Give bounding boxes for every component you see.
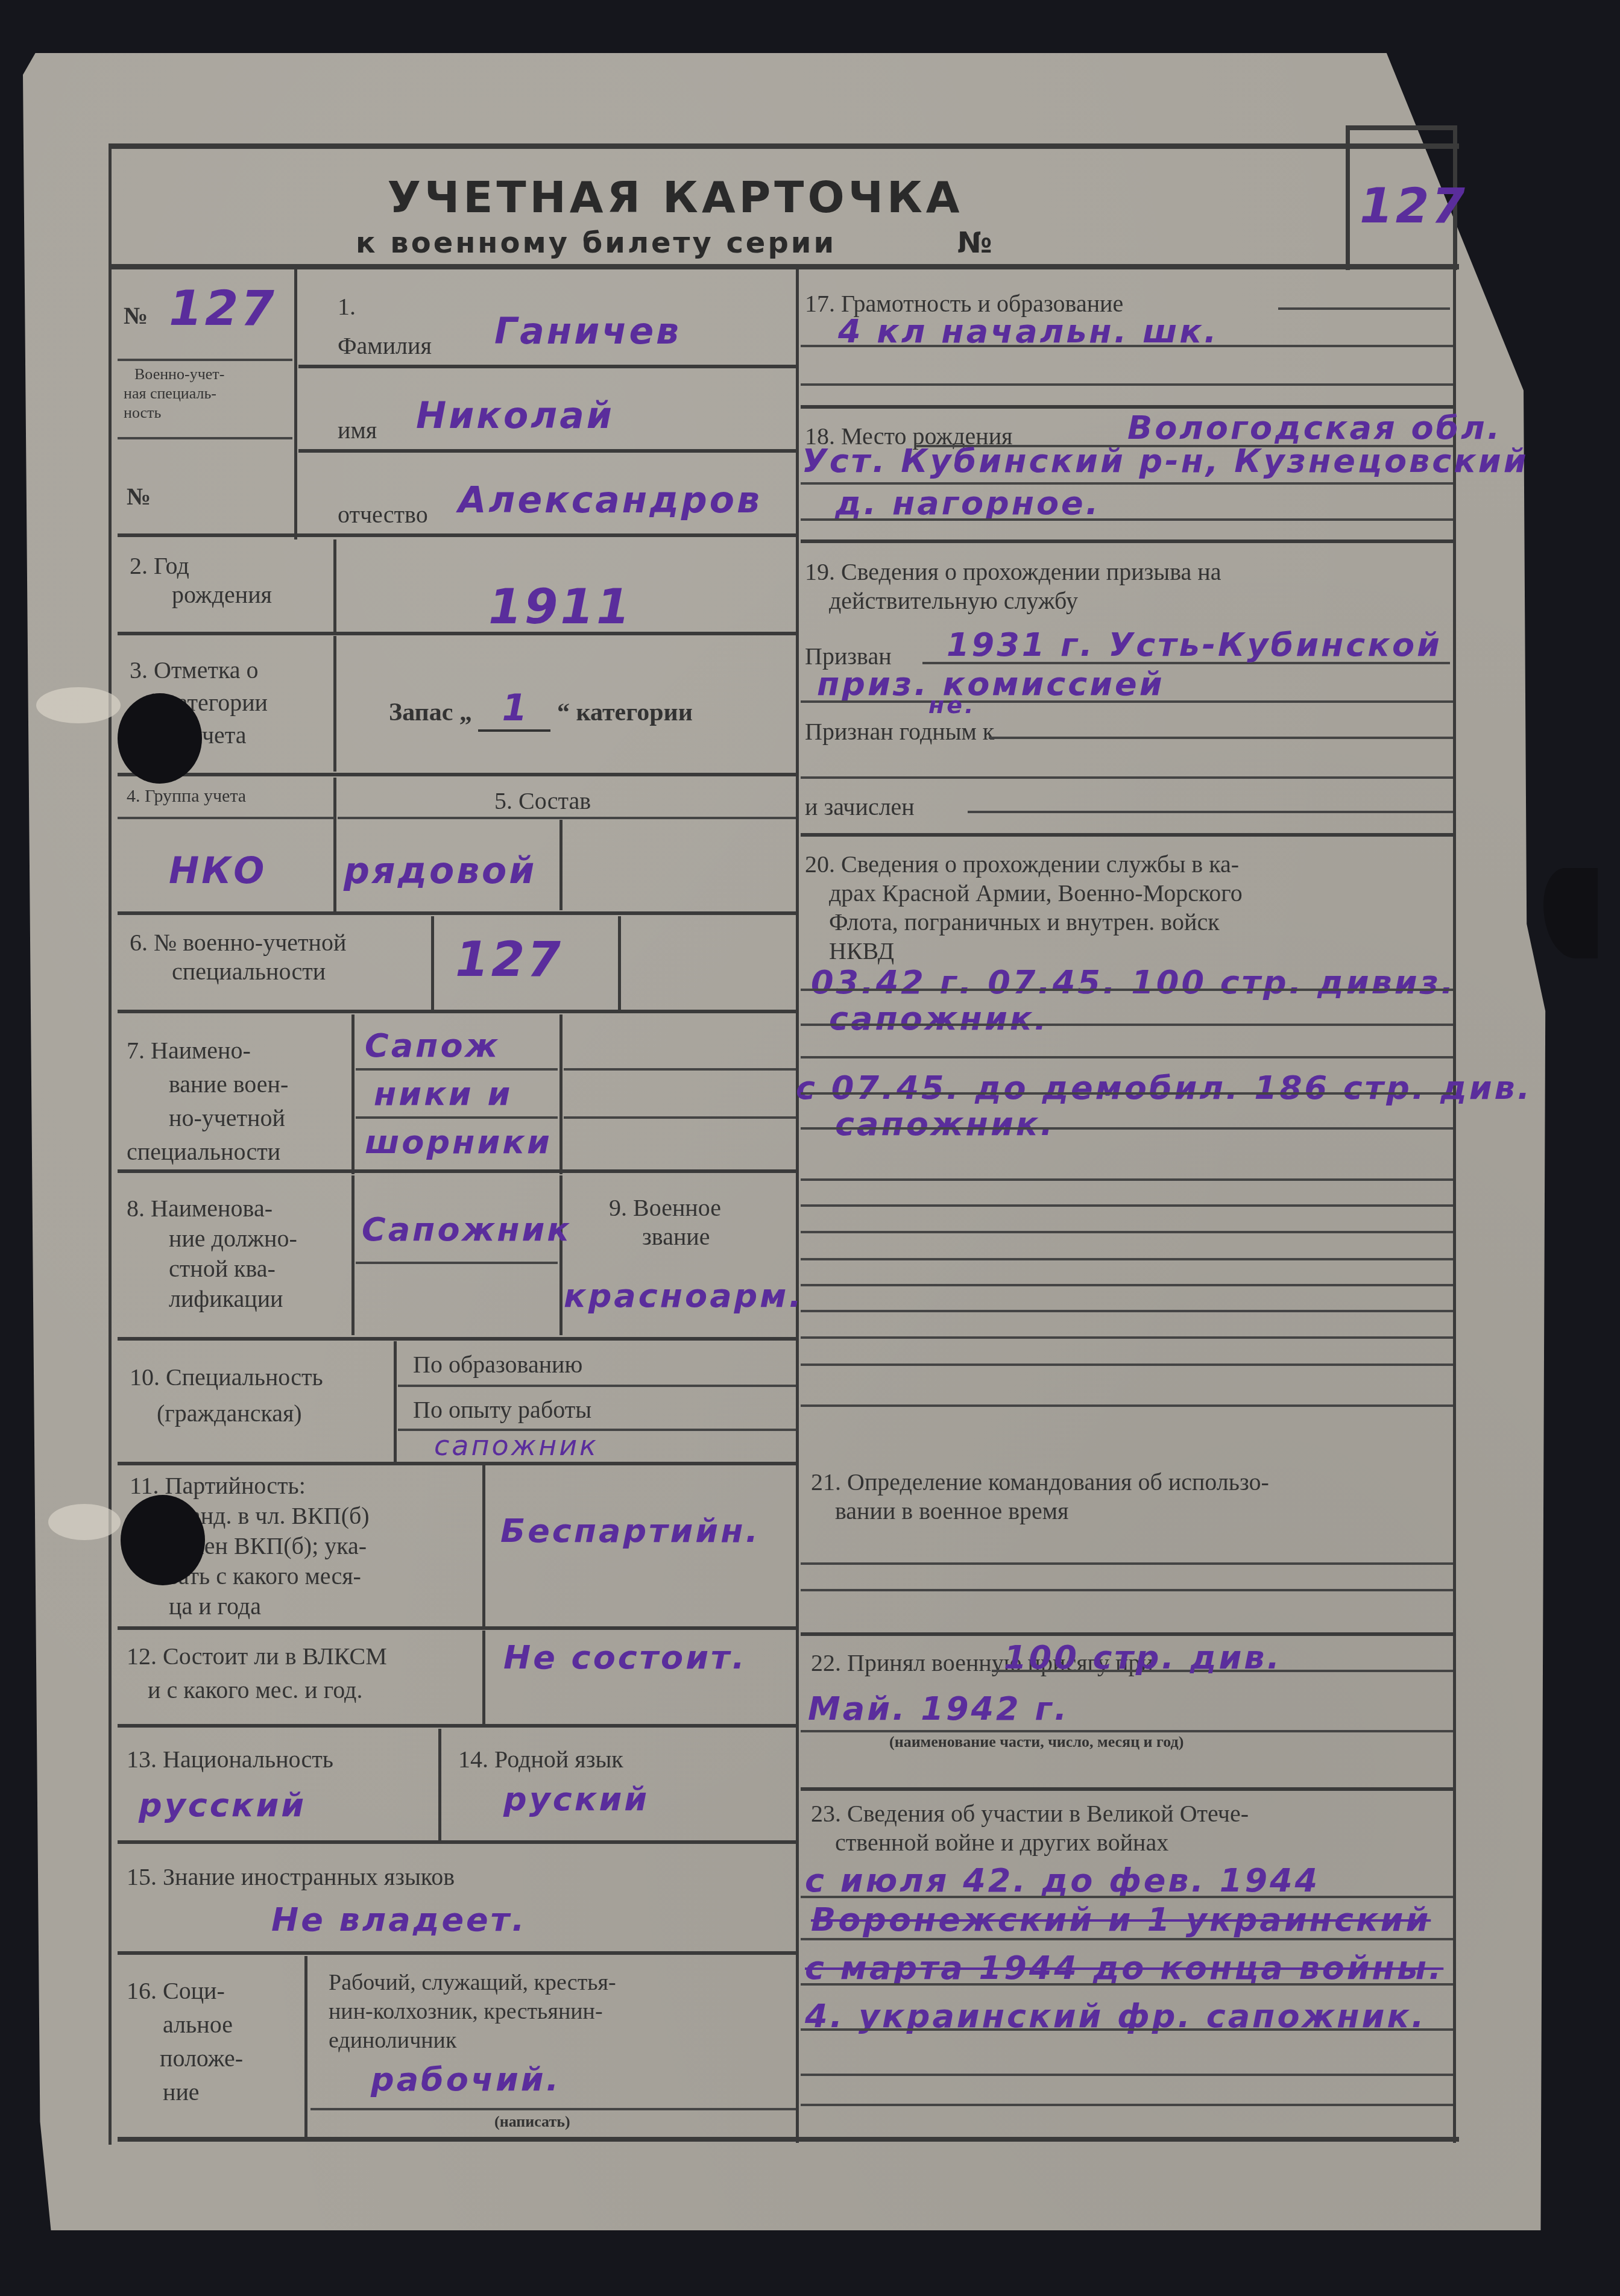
composition-value: рядовой: [344, 853, 537, 889]
by-experience-label: По опыту работы: [413, 1395, 591, 1424]
service-line-4: сапожник.: [835, 1106, 1055, 1142]
vus-name-line-1: Сапож: [365, 1028, 500, 1064]
s21-label: 21. Определение командования об использо…: [811, 1468, 1269, 1526]
war-line-2: Воронежский и 1 украинский: [811, 1902, 1431, 1938]
position-value: Сапожник: [362, 1212, 572, 1248]
vus-label: Военно-учет- ная специаль- ность: [124, 365, 224, 423]
s2-label: 2. Год рождения: [130, 552, 272, 609]
war-line-1: с июля 42. до фев. 1944: [805, 1863, 1320, 1899]
s8-label: 8. Наименова- ние должно- стной ква- лиф…: [127, 1194, 297, 1314]
s6-label: 6. № военно-учетной специальности: [130, 928, 346, 986]
s14-label: 14. Родной язык: [458, 1745, 623, 1774]
vus-name-line-3: шорники: [365, 1124, 552, 1160]
s12-label: 12. Состоит ли в ВЛКСМ и с какого мес. и…: [127, 1640, 387, 1707]
vus-name-line-2: ники и: [374, 1076, 512, 1112]
drafted-line-2: приз. комиссией: [817, 666, 1165, 702]
s5-label: 5. Состав: [494, 787, 591, 816]
name-label: имя: [338, 416, 377, 445]
subtitle-text: к военному билету серии: [356, 226, 836, 260]
name-value: Николай: [416, 398, 614, 434]
party-value: Беспартийн.: [500, 1513, 760, 1549]
social-status-value: рабочий.: [371, 2062, 561, 2098]
civil-specialty-value: сапожник: [434, 1427, 599, 1464]
surname-label: Фамилия: [338, 332, 432, 360]
birth-year-value: 1911: [488, 582, 632, 632]
surname-value: Ганичев: [494, 313, 681, 350]
no2-label: №: [127, 482, 151, 511]
drafted-line-1: 1931 г. Усть-Кубинской: [947, 627, 1442, 663]
service-line-3: с 07.45. до демобил. 186 стр. див.: [796, 1070, 1532, 1106]
s10-label: 10. Специальность (гражданская): [130, 1359, 323, 1432]
s19-label: 19. Сведения о прохождении призыва на де…: [805, 558, 1221, 615]
punch-hole-ring-bottom: [48, 1504, 121, 1540]
reserve-category: Запас „ 1 “ категории: [389, 687, 693, 732]
birthplace-line-2: Уст. Кубинский р-н, Кузнецовский: [802, 443, 1529, 479]
punch-hole-ring-top: [36, 687, 121, 723]
s4-label: 4. Группа учета: [127, 787, 246, 806]
s15-label: 15. Знание иностранных языков: [127, 1863, 455, 1892]
s9-label: 9. Военное звание: [609, 1194, 721, 1251]
s1-num: 1.: [338, 292, 356, 321]
rank-value: красноарм.: [564, 1278, 804, 1314]
education-value: 4 кл начальн. шк.: [838, 313, 1218, 350]
service-line-1: 03.42 г. 07.45. 100 стр. дивиз.: [811, 964, 1455, 1001]
card-title: УЧЕТНАЯ КАРТОЧКА: [0, 172, 1351, 222]
birthplace-line-1: Вологодская обл.: [1127, 410, 1502, 446]
vus-number-value: 127: [455, 934, 563, 985]
foreign-languages-value: Не владеет.: [271, 1902, 526, 1938]
punch-hole-top: [118, 693, 202, 784]
reserve-value: 1: [478, 687, 550, 732]
native-language-value: руский: [503, 1781, 649, 1817]
patronymic-value: Александров: [458, 482, 762, 518]
s22-hint: (наименование части, число, месяц и год): [889, 1733, 1183, 1751]
s23-label: 23. Сведения об участии в Великой Отече-…: [811, 1799, 1249, 1857]
oath-line-1: 100 стр. див.: [1004, 1640, 1282, 1676]
header-card-number: 127: [1360, 181, 1467, 231]
by-education-label: По образованию: [413, 1350, 582, 1379]
enlisted-label: и зачислен: [805, 793, 915, 822]
group-value: НКО: [169, 853, 266, 889]
no-label: №: [124, 301, 148, 330]
s16-label: 16. Соци- альное положе- ние: [127, 1974, 243, 2109]
punch-hole-bottom: [121, 1495, 205, 1585]
card-subtitle: к военному билету серии №: [356, 226, 995, 260]
komsomol-value: Не состоит.: [503, 1640, 747, 1676]
birthplace-line-3: д. нагорное.: [835, 485, 1100, 521]
patronymic-label: отчество: [338, 500, 428, 529]
fit-note: не.: [928, 693, 975, 717]
s20-label: 20. Сведения о прохождении службы в ка- …: [805, 850, 1243, 966]
s13-label: 13. Национальность: [127, 1745, 333, 1774]
war-line-3: с марта 1944 до конца войны.: [805, 1950, 1443, 1986]
edge-tear-right: [1543, 868, 1598, 958]
s7-label: 7. Наимено- вание воен- но-учетной специ…: [127, 1034, 288, 1169]
service-line-2: сапожник.: [829, 1001, 1049, 1037]
nationality-value: русский: [139, 1787, 306, 1823]
s16-options: Рабочий, служащий, крестья- нин-колхозни…: [329, 1968, 616, 2055]
s16-hint: (написать): [494, 2113, 570, 2131]
number-sign: №: [957, 226, 995, 260]
oath-line-2: Май. 1942 г.: [808, 1691, 1069, 1727]
no-value: 127: [169, 283, 277, 334]
fit-label: Признан годным к: [805, 717, 994, 746]
